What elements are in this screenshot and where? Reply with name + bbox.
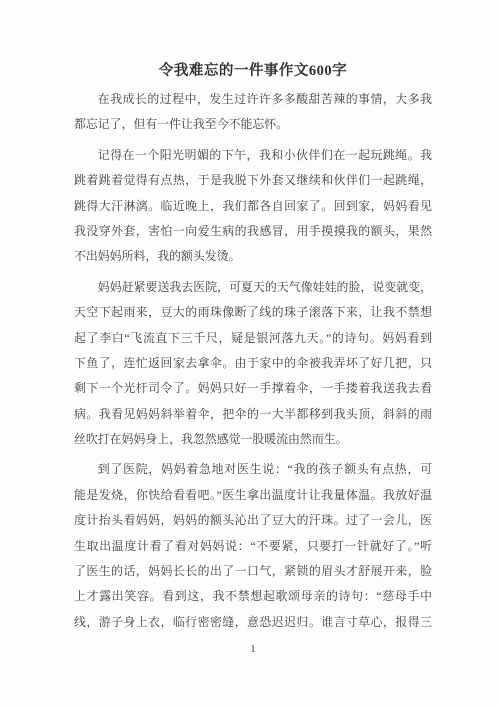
text-line: 记得在一个阳光明媚的下午，我和小伙伴们在一起玩跳绳。我 xyxy=(74,143,432,168)
text-line: 在我成长的过程中，发生过许许多多酸甜苦辣的事情，大多我 xyxy=(74,87,432,112)
page-number: 1 xyxy=(74,642,432,656)
text-line: 上才露出笑容。看到这，我不禁想起歌颂母亲的诗句：“慈母手中 xyxy=(74,584,432,609)
essay-title: 令我难忘的一件事作文600字 xyxy=(74,60,432,82)
text-line: 线，游子身上衣，临行密密缝，意恐迟迟归。谁言寸草心，报得三 xyxy=(74,610,432,635)
paragraph: 到了医院，妈妈着急地对医生说：“我的孩子额头有点热，可能是发烧，你快给看看吧。”… xyxy=(74,457,432,635)
essay-body: 在我成长的过程中，发生过许许多多酸甜苦辣的事情，大多我都忘记了，但有一件让我至今… xyxy=(74,87,432,635)
text-line: 度计抬头看妈妈，妈妈的额头沁出了豆大的汗珠。过了一会儿，医 xyxy=(74,508,432,533)
text-line: 剩下一个光杆司令了。妈妈只好一手撑着伞，一手搂着我送我去看 xyxy=(74,376,432,401)
text-line: 下鱼了，连忙返回家去拿伞。由于家中的伞被我弄坏了好几把，只 xyxy=(74,351,432,376)
text-line: 生取出温度计看了看对妈妈说：“不要紧，只要打一针就好了。”听 xyxy=(74,534,432,559)
text-line: 不出妈妈所料，我的额头发烫。 xyxy=(74,244,432,269)
text-line: 病。我看见妈妈斜举着伞，把伞的一大半都移到我头顶，斜斜的雨 xyxy=(74,402,432,427)
text-line: 到了医院，妈妈着急地对医生说：“我的孩子额头有点热，可 xyxy=(74,457,432,482)
page-content: 令我难忘的一件事作文600字 在我成长的过程中，发生过许许多多酸甜苦辣的事情，大… xyxy=(74,0,432,656)
paragraph: 妈妈赶紧要送我去医院，可夏天的天气像娃娃的脸，说变就变，天空下起雨来，豆大的雨珠… xyxy=(74,275,432,453)
text-line: 跳着跳着觉得有点热，于是我脱下外套又继续和伙伴们一起跳绳， xyxy=(74,168,432,193)
text-line: 妈妈赶紧要送我去医院，可夏天的天气像娃娃的脸，说变就变， xyxy=(74,275,432,300)
text-line: 天空下起雨来，豆大的雨珠像断了线的珠子滚落下来，让我不禁想 xyxy=(74,300,432,325)
text-line: 能是发烧，你快给看看吧。”医生拿出温度计让我量体温。我放好温 xyxy=(74,483,432,508)
text-line: 都忘记了，但有一件让我至今不能忘怀。 xyxy=(74,112,432,137)
text-line: 起了李白“飞流直下三千尺，疑是银河落九天。”的诗句。妈妈看到 xyxy=(74,326,432,351)
text-line: 丝吹打在妈妈身上，我忽然感觉一股暖流由然而生。 xyxy=(74,427,432,452)
text-line: 跳得大汗淋漓。临近晚上，我们都各自回家了。回到家，妈妈看见 xyxy=(74,194,432,219)
paragraph: 在我成长的过程中，发生过许许多多酸甜苦辣的事情，大多我都忘记了，但有一件让我至今… xyxy=(74,87,432,138)
text-line: 了医生的话，妈妈长长的出了一口气，紧锁的眉头才舒展开来，脸 xyxy=(74,559,432,584)
document-page: 令我难忘的一件事作文600字 在我成长的过程中，发生过许许多多酸甜苦辣的事情，大… xyxy=(0,0,500,708)
paragraph: 记得在一个阳光明媚的下午，我和小伙伴们在一起玩跳绳。我跳着跳着觉得有点热，于是我… xyxy=(74,143,432,270)
text-line: 我没穿外套，害怕一向爱生病的我感冒，用手摸摸我的额头，果然 xyxy=(74,219,432,244)
